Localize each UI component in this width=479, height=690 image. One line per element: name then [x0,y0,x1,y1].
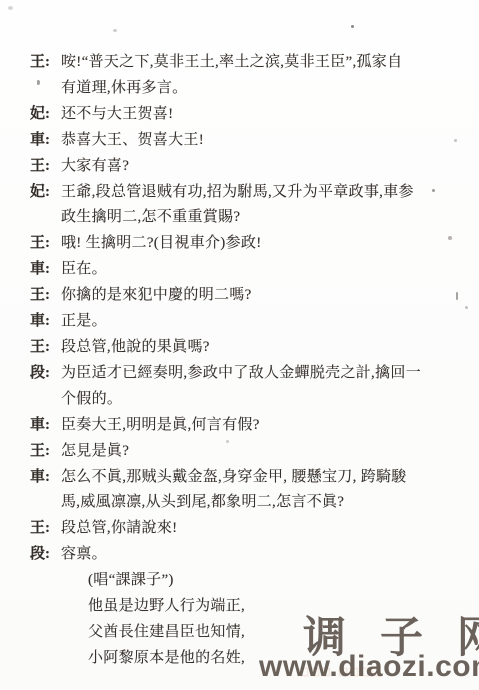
scan-speck [226,440,229,443]
speaker-label: 車: [30,257,61,283]
speaker-label: 妃: [30,102,61,128]
scan-speck [37,80,40,85]
scan-speck [351,25,354,28]
script-line: 王:哦! 生擒明二?(目視車介)参政! [0,231,479,257]
speaker-label: 段: [30,361,61,387]
script-line: 車:怎么不眞,那贼头戴金盔,身穿金甲, 腰懸宝刀, 跨騎駿 [0,465,479,491]
scan-speck [448,236,452,240]
dialogue-text: 有道理,休再多言。 [61,80,187,96]
script-line: 王:段总管,他說的果眞嗎? [0,335,479,361]
dialogue-text: 正是。 [61,313,107,329]
scan-speck [454,139,457,142]
dialogue-text: 政生擒明二,怎不重重賞賜? [61,209,240,225]
watermark-site-url: www.diaozi.com [259,650,479,684]
speaker-label: 王: [30,231,61,257]
speaker-label: 王: [30,154,61,180]
dialogue-text: 大家有喜? [61,158,129,174]
script-line: 王:段总管,你請說來! [0,516,479,542]
script-line: 王:怎見是眞? [0,439,479,465]
scan-speck [113,29,117,32]
script-line: 王:你擒的是來犯中慶的明二嗎? [0,283,479,309]
dialogue-text: 小阿黎原本是他的名姓, [88,650,245,666]
speaker-label: 王: [30,335,61,361]
speaker-label: 王: [30,50,61,76]
dialogue-text: (唱“課課子”) [88,572,174,588]
speaker-label: 車: [30,465,61,491]
speaker-label: 車: [30,413,61,439]
dialogue-text: 还不与大王贺喜! [61,106,173,122]
dialogue-text: 臣奏大王,明明是眞,何言有假? [61,417,260,433]
dialogue-text: 怎么不眞,那贼头戴金盔,身穿金甲, 腰懸宝刀, 跨騎駿 [61,469,407,485]
script-line: 妃:王爺,段总管退贼有功,招为駙馬,又升为平章政事,車参 [0,180,479,206]
dialogue-text: 段总管,你請說來! [61,520,177,536]
scan-speck [8,6,13,10]
dialogue-text: 为臣适才已經奏明,参政中了敌人金蟬脱壳之計,擒回一 [61,365,421,381]
scan-speck [465,306,468,309]
scan-speck [432,189,435,192]
scan-speck [456,292,458,300]
dialogue-text: 段总管,他說的果眞嗎? [61,339,210,355]
script-line: 車:臣在。 [0,257,479,283]
dialogue-text: 哦! 生擒明二?(目視車介)参政! [61,235,262,251]
script-line: 段:为臣适才已經奏明,参政中了敌人金蟬脱壳之計,擒回一 [0,361,479,387]
speaker-label: 王: [30,283,61,309]
script-line: 王:大家有喜? [0,154,479,180]
speaker-label: 王: [30,516,61,542]
script-line: (唱“課課子”) [0,568,479,594]
dialogue-text: 王爺,段总管退贼有功,招为駙馬,又升为平章政事,車参 [61,184,414,200]
script-line: 王:咹!“普天之下,莫非王土,率土之滨,莫非王臣”,孤家自 [0,50,479,76]
dialogue-text: 怎見是眞? [61,443,129,459]
dialogue-text: 馬,威風凛凛,从头到尾,都象明二,怎言不眞? [61,494,344,510]
speaker-label: 王: [30,439,61,465]
script-line: 有道理,休再多言。 [0,76,479,102]
dialogue-text: 他虽是边野人行为端正, [88,598,245,614]
script-line: 車:正是。 [0,309,479,335]
speaker-label: 妃: [30,180,61,206]
dialogue-text: 恭喜大王、贺喜大王! [61,132,204,148]
dialogue-text: 容禀。 [61,546,107,562]
scanned-page: 王:咹!“普天之下,莫非王土,率土之滨,莫非王臣”,孤家自有道理,休再多言。妃:… [0,0,479,690]
script-line: 車:臣奏大王,明明是眞,何言有假? [0,413,479,439]
dialogue-text: 咹!“普天之下,莫非王土,率土之滨,莫非王臣”,孤家自 [61,54,402,70]
speaker-label: 車: [30,128,61,154]
script-line: 政生擒明二,怎不重重賞賜? [0,205,479,231]
dialogue-text: 父酋長住建昌臣也知情, [88,624,245,640]
dialogue-text: 你擒的是來犯中慶的明二嗎? [61,287,252,303]
script-line: 妃:还不与大王贺喜! [0,102,479,128]
script-line: 段:容禀。 [0,542,479,568]
script-line: 馬,威風凛凛,从头到尾,都象明二,怎言不眞? [0,490,479,516]
speaker-label: 段: [30,542,61,568]
dialogue-text: 个假的。 [61,391,122,407]
script-text: 王:咹!“普天之下,莫非王土,率土之滨,莫非王臣”,孤家自有道理,休再多言。妃:… [0,50,479,672]
script-line: 个假的。 [0,387,479,413]
speaker-label: 車: [30,309,61,335]
dialogue-text: 臣在。 [61,261,107,277]
script-line: 車:恭喜大王、贺喜大王! [0,128,479,154]
